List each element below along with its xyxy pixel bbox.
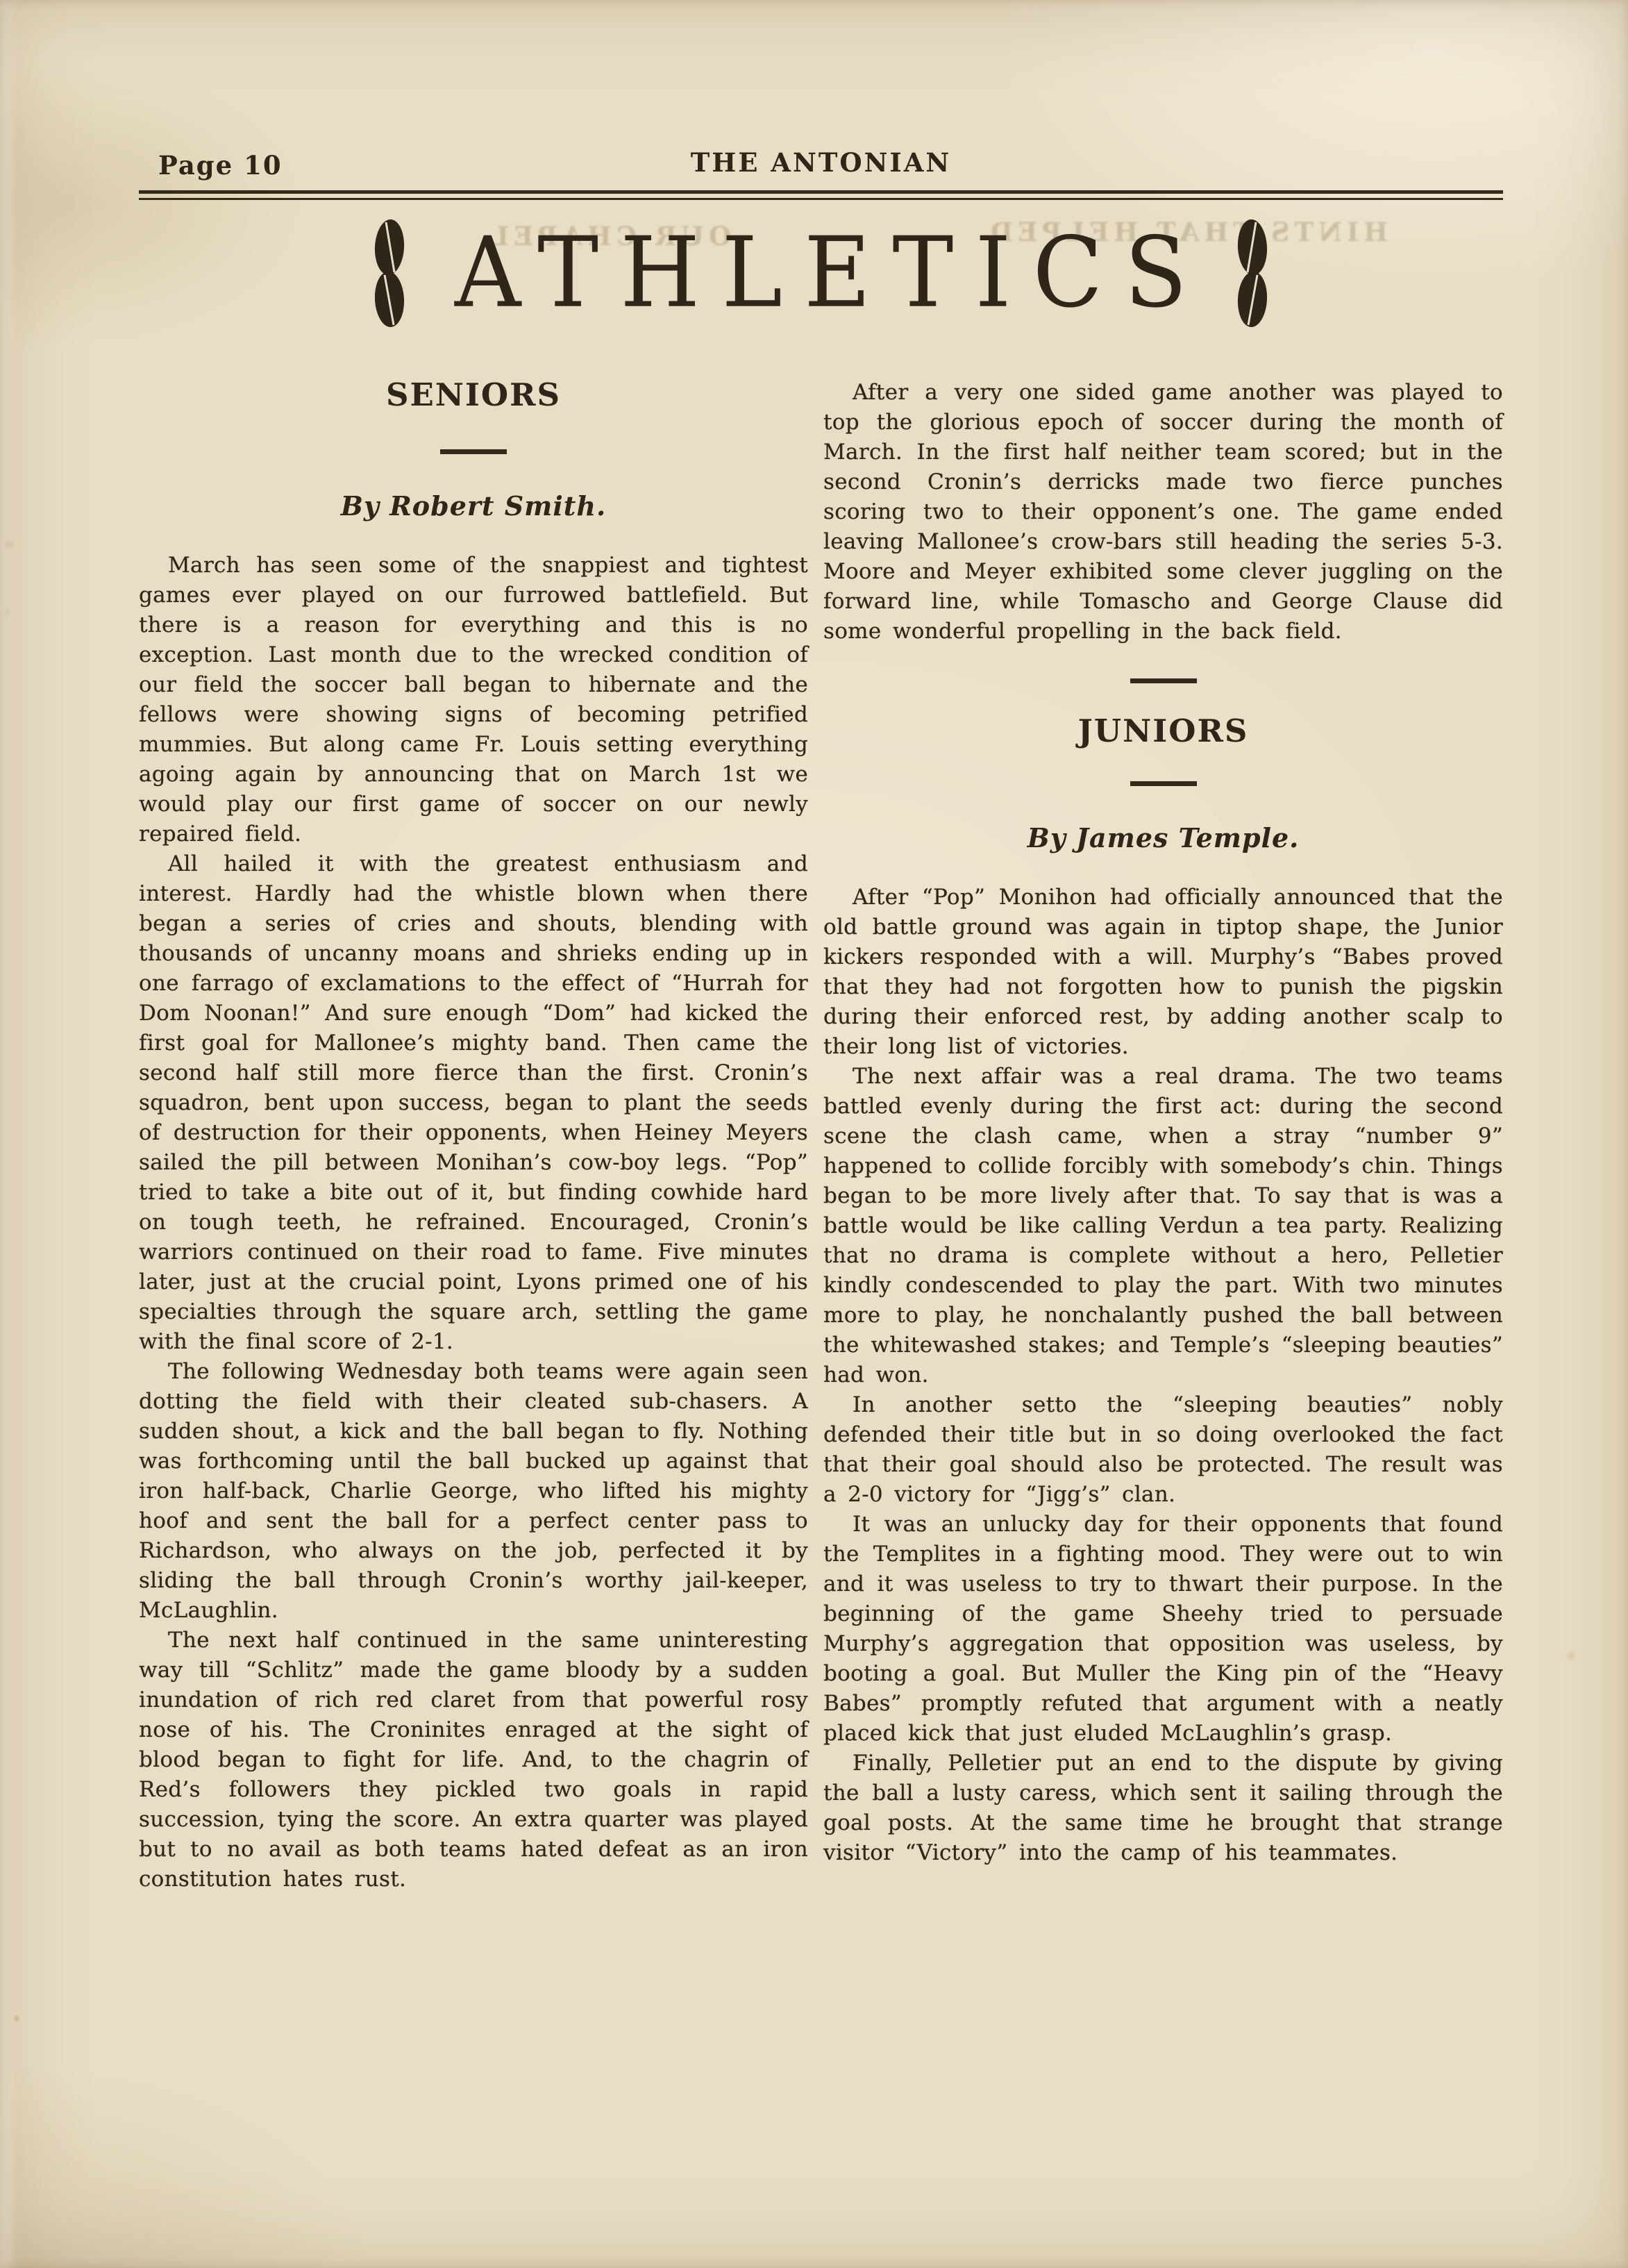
running-head: Page 10 THE ANTONIAN (139, 147, 1503, 200)
seniors-column: SENIORS By Robert Smith. March has seen … (139, 364, 808, 1894)
article-paragraph: The next affair was a real drama. The tw… (823, 1062, 1503, 1390)
leaf-ornament-icon (1232, 218, 1273, 328)
seniors-article-body: March has seen some of the snappiest and… (139, 551, 808, 1894)
article-paragraph: The next half continued in the same unin… (139, 1626, 808, 1894)
juniors-byline: By James Temple. (823, 822, 1503, 853)
article-columns: SENIORS By Robert Smith. March has seen … (139, 364, 1503, 1894)
page-number: Page 10 (158, 150, 283, 181)
divider-rule (440, 449, 507, 454)
page-content: Page 10 THE ANTONIAN ATHLETICS (0, 0, 1628, 1894)
newspaper-page: OUR CHAPEL HINTS THAT HELPED Page 10 THE… (0, 0, 1628, 2268)
seniors-byline: By Robert Smith. (139, 490, 808, 522)
article-paragraph: It was an unlucky day for their opponent… (823, 1510, 1503, 1749)
article-paragraph: After “Pop” Monihon had officially annou… (823, 883, 1503, 1062)
article-paragraph: All hailed it with the greatest enthusia… (139, 849, 808, 1357)
leaf-ornament-icon (369, 218, 410, 328)
juniors-column: After a very one sided game another was … (823, 364, 1503, 1894)
juniors-section-head: JUNIORS (823, 678, 1503, 786)
article-paragraph: After a very one sided game another was … (823, 378, 1503, 647)
juniors-heading: JUNIORS (823, 712, 1503, 749)
newspaper-title: THE ANTONIAN (691, 147, 952, 178)
seniors-heading: SENIORS (139, 376, 808, 413)
section-title-text: ATHLETICS (433, 224, 1209, 322)
article-paragraph: In another setto the “sleeping beauties”… (823, 1390, 1503, 1510)
divider-rule (1130, 678, 1197, 683)
article-paragraph: Finally, Pelletier put an end to the dis… (823, 1749, 1503, 1868)
juniors-article-body: After “Pop” Monihon had officially annou… (823, 883, 1503, 1868)
article-paragraph: March has seen some of the snappiest and… (139, 551, 808, 849)
seniors-article-continuation: After a very one sided game another was … (823, 378, 1503, 647)
article-paragraph: The following Wednesday both teams were … (139, 1357, 808, 1626)
section-title: ATHLETICS (139, 218, 1503, 328)
header-double-rule (139, 190, 1503, 200)
divider-rule (1130, 781, 1197, 786)
